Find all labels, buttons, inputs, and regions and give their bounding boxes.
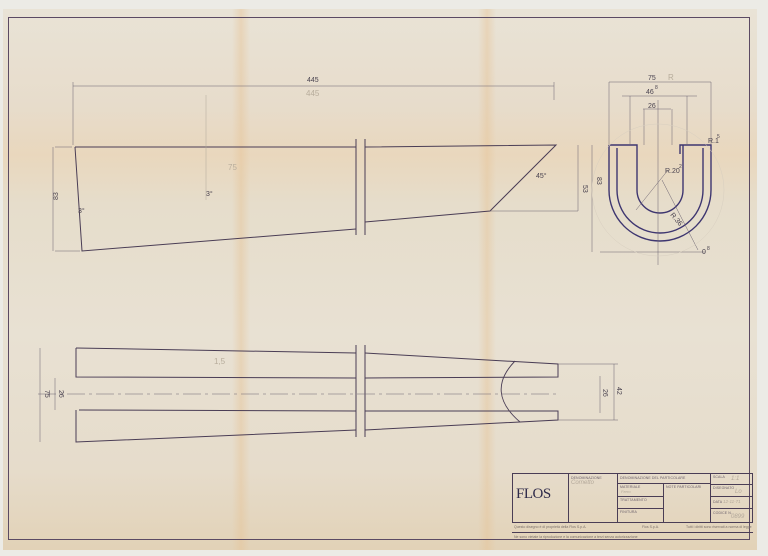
dim-end-width-inner: 26 <box>648 103 656 110</box>
angle-mid: 3° <box>206 190 213 198</box>
code-label: Codice N. <box>713 511 732 515</box>
treatment-cell: Trattamento <box>618 497 664 509</box>
dim-end-width-mid-suffix: 8 <box>655 85 658 91</box>
top-view <box>76 345 558 442</box>
notes-label: Note particolari <box>666 485 701 489</box>
title-block-bottom-rule <box>512 532 753 533</box>
thickness-corner-suffix: 5 <box>717 134 720 140</box>
code-value: 0899 <box>731 514 744 520</box>
thickness-suffix: 8 <box>707 246 710 252</box>
material-value: Ferro <box>621 489 631 494</box>
radius-inner-suffix: 2 <box>679 164 682 170</box>
code-cell: Codice N. 0899 <box>711 509 752 522</box>
dim-overall-length: 445 <box>307 77 319 84</box>
thickness: 0 <box>702 249 706 256</box>
top-view-pencil-note: 1,5 <box>214 357 226 366</box>
date-label: Data <box>713 500 722 504</box>
dim-top-total-width: 75 <box>43 390 50 398</box>
footer-right: Tutti i diritti sono riservati a norma d… <box>686 525 752 529</box>
angle-left: 3° <box>78 207 85 215</box>
angle-cut: 45° <box>536 172 547 180</box>
dim-height-left: 83 <box>53 192 60 200</box>
date-value: 12-11-71 <box>723 499 741 504</box>
footer-left-2: Ne sono vietate la riproduzione e la com… <box>514 535 638 539</box>
dim-end-width-mid: 46 <box>646 89 654 96</box>
title-block: FLOS Denominazione Cornetto Denominazion… <box>512 473 753 523</box>
designer-value: Cornetto <box>571 480 594 486</box>
drawn-value: Lo <box>735 489 742 495</box>
dim-height-right-inner: 53 <box>581 185 588 193</box>
end-view <box>609 145 711 241</box>
description-label: Denominazione del particolare <box>620 476 685 480</box>
pencil-note-mid: 75 <box>228 163 237 172</box>
dim-top-slot-left: 26 <box>57 390 64 398</box>
treatment-label: Trattamento <box>620 498 647 502</box>
material-cell: Materiale Ferro <box>618 484 664 497</box>
footer-left: Questo disegno è di proprietà della Flos… <box>514 525 586 529</box>
dim-top-slot-right: 26 <box>601 389 608 397</box>
side-view <box>75 139 556 251</box>
logo-cell: FLOS <box>513 474 569 522</box>
scale-cell: Scala 1:1 <box>711 474 752 485</box>
flos-logo: FLOS <box>516 486 551 503</box>
finish-cell: Finitura <box>618 509 664 522</box>
dim-end-width-outer: 75 <box>648 75 656 82</box>
radius-inner: R.20 <box>665 168 680 175</box>
dim-height-right-outer: 83 <box>595 177 602 185</box>
end-view-pencil-note: R <box>668 73 674 82</box>
name-cell: Denominazione Cornetto <box>569 474 618 522</box>
dim-overall-length-pencil: 445 <box>306 89 320 98</box>
drawn-cell: Disegnato Lo <box>711 485 752 497</box>
notes-cell: Note particolari <box>664 484 711 522</box>
dim-top-width-right: 42 <box>615 387 622 395</box>
description-cell: Denominazione del particolare <box>618 474 711 484</box>
drawn-label: Disegnato <box>713 486 734 490</box>
scale-value: 1:1 <box>731 476 739 482</box>
finish-label: Finitura <box>620 510 637 514</box>
scale-label: Scala <box>713 475 725 479</box>
date-cell: Data 12-11-71 <box>711 497 752 509</box>
footer-mid: Flos S.p.A. <box>642 525 659 529</box>
radius-outer: R.36 <box>668 212 683 228</box>
